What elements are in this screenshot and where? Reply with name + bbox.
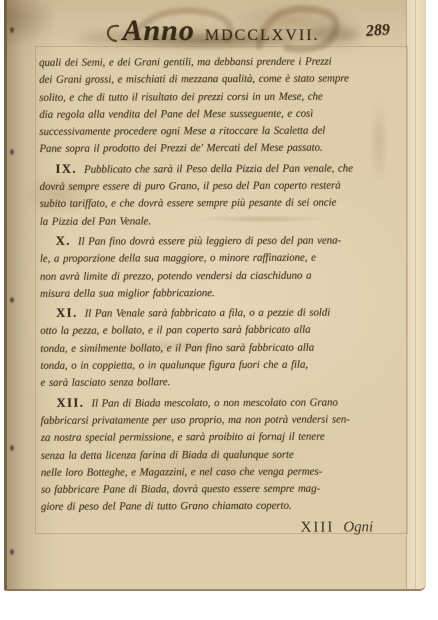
catchword-numeral: XIII bbox=[301, 519, 335, 535]
text-line-text: Il Pan fino dovrà essere più leggiero di… bbox=[78, 234, 341, 247]
text-line: successivamente procedere ogni Mese a ri… bbox=[39, 122, 403, 141]
binding-stitch bbox=[9, 148, 15, 156]
manuscript-page: Anno MDCCLXVII. 289 quali dei Semi, e de… bbox=[4, 0, 426, 591]
page-fore-edge bbox=[406, 0, 426, 589]
text-line-text: Pubblicato che sarà il Peso della Pizzia… bbox=[84, 162, 353, 175]
catchword-word: Ogni bbox=[343, 519, 373, 535]
text-line: dei Grani grossi, e mischiati di mezzana… bbox=[39, 71, 403, 90]
fore-edge-line bbox=[415, 0, 416, 589]
text-line: XII.Il Pan di Biada mescolato, o non mes… bbox=[40, 393, 404, 413]
text-line-text: Il Pan di Biada mescolato, o non mescola… bbox=[91, 396, 337, 409]
text-line: otto la pezza, e bollato, e il pan coper… bbox=[40, 322, 404, 341]
section-x: X.Il Pan fino dovrà essere più leggiero … bbox=[40, 231, 404, 303]
section-xii: XII.Il Pan di Biada mescolato, o non mes… bbox=[40, 393, 405, 517]
text-line: le, a proporzione della sua maggiore, o … bbox=[40, 249, 404, 268]
section-number: IX. bbox=[55, 161, 77, 175]
page-header: Anno MDCCLXVII. bbox=[67, 14, 357, 48]
pen-flourish bbox=[104, 22, 120, 44]
paragraph-continuation: quali dei Semi, e dei Grani gentili, ma … bbox=[39, 53, 403, 158]
section-number: XII. bbox=[56, 395, 84, 409]
text-line: la Pizzia del Pan Venale. bbox=[40, 212, 404, 231]
text-line: subito tariffato, e che dovrà essere sem… bbox=[40, 195, 404, 214]
text-line: quali dei Semi, e dei Grani gentili, ma … bbox=[39, 53, 403, 72]
section-ix: IX.Pubblicato che sarà il Peso della Piz… bbox=[39, 159, 403, 231]
binding-stitch bbox=[9, 296, 15, 304]
text-line: X.Il Pan fino dovrà essere più leggiero … bbox=[40, 231, 404, 251]
title-script-word: Anno bbox=[122, 14, 194, 48]
text-line: solito, e che di tutto il risultato dei … bbox=[39, 88, 403, 107]
binding-stitch bbox=[9, 444, 15, 452]
text-line: so fabbricare Pane di Biada, dovrà quest… bbox=[41, 480, 405, 499]
text-line: Pane sopra il prodotto dei Prezzi de' Me… bbox=[39, 140, 403, 159]
text-line: non avrà limite di prezzo, potendo vende… bbox=[40, 267, 404, 286]
manuscript-text: quali dei Semi, e dei Grani gentili, ma … bbox=[39, 53, 405, 537]
section-xi: XI.Il Pan Venale sarà fabbricato a fila,… bbox=[40, 303, 404, 392]
binding-stitch bbox=[9, 26, 15, 34]
text-line: dovrà sempre essere di puro Grano, il pe… bbox=[39, 177, 403, 196]
page-number: 289 bbox=[365, 21, 390, 41]
text-line: tonda, o in coppietta, o in qualunque fi… bbox=[40, 356, 404, 375]
text-line: dia regola alla vendita del Pane del Mes… bbox=[39, 105, 403, 124]
text-line: misura della sua miglior fabbricazione. bbox=[40, 284, 404, 303]
text-line: fabbricarsi privatamente per uso proprio… bbox=[41, 411, 405, 430]
text-line-text: Il Pan Venale sarà fabbricato a fila, o … bbox=[85, 307, 331, 320]
text-line: XI.Il Pan Venale sarà fabbricato a fila,… bbox=[40, 303, 404, 323]
text-line: giore di peso del Pane di tutto Grano ch… bbox=[41, 498, 405, 517]
title-roman-year: MDCCLXVII. bbox=[205, 27, 320, 45]
text-line: za nostra special permissione, e sarà pr… bbox=[41, 428, 405, 447]
text-line: nelle loro Botteghe, e Magazzini, e nel … bbox=[41, 463, 405, 482]
catchword: XIIIOgni bbox=[41, 519, 405, 538]
binding-stitch bbox=[9, 548, 15, 556]
text-line: IX.Pubblicato che sarà il Peso della Piz… bbox=[39, 159, 403, 179]
section-number: X. bbox=[56, 234, 71, 248]
text-line: senza la detta licenza farina di Biada d… bbox=[41, 446, 405, 465]
text-line: tonda, e similmente bollato, e il Pan fi… bbox=[40, 339, 404, 358]
section-number: XI. bbox=[56, 306, 78, 320]
text-line: e sarà lasciato senza bollare. bbox=[40, 374, 404, 393]
